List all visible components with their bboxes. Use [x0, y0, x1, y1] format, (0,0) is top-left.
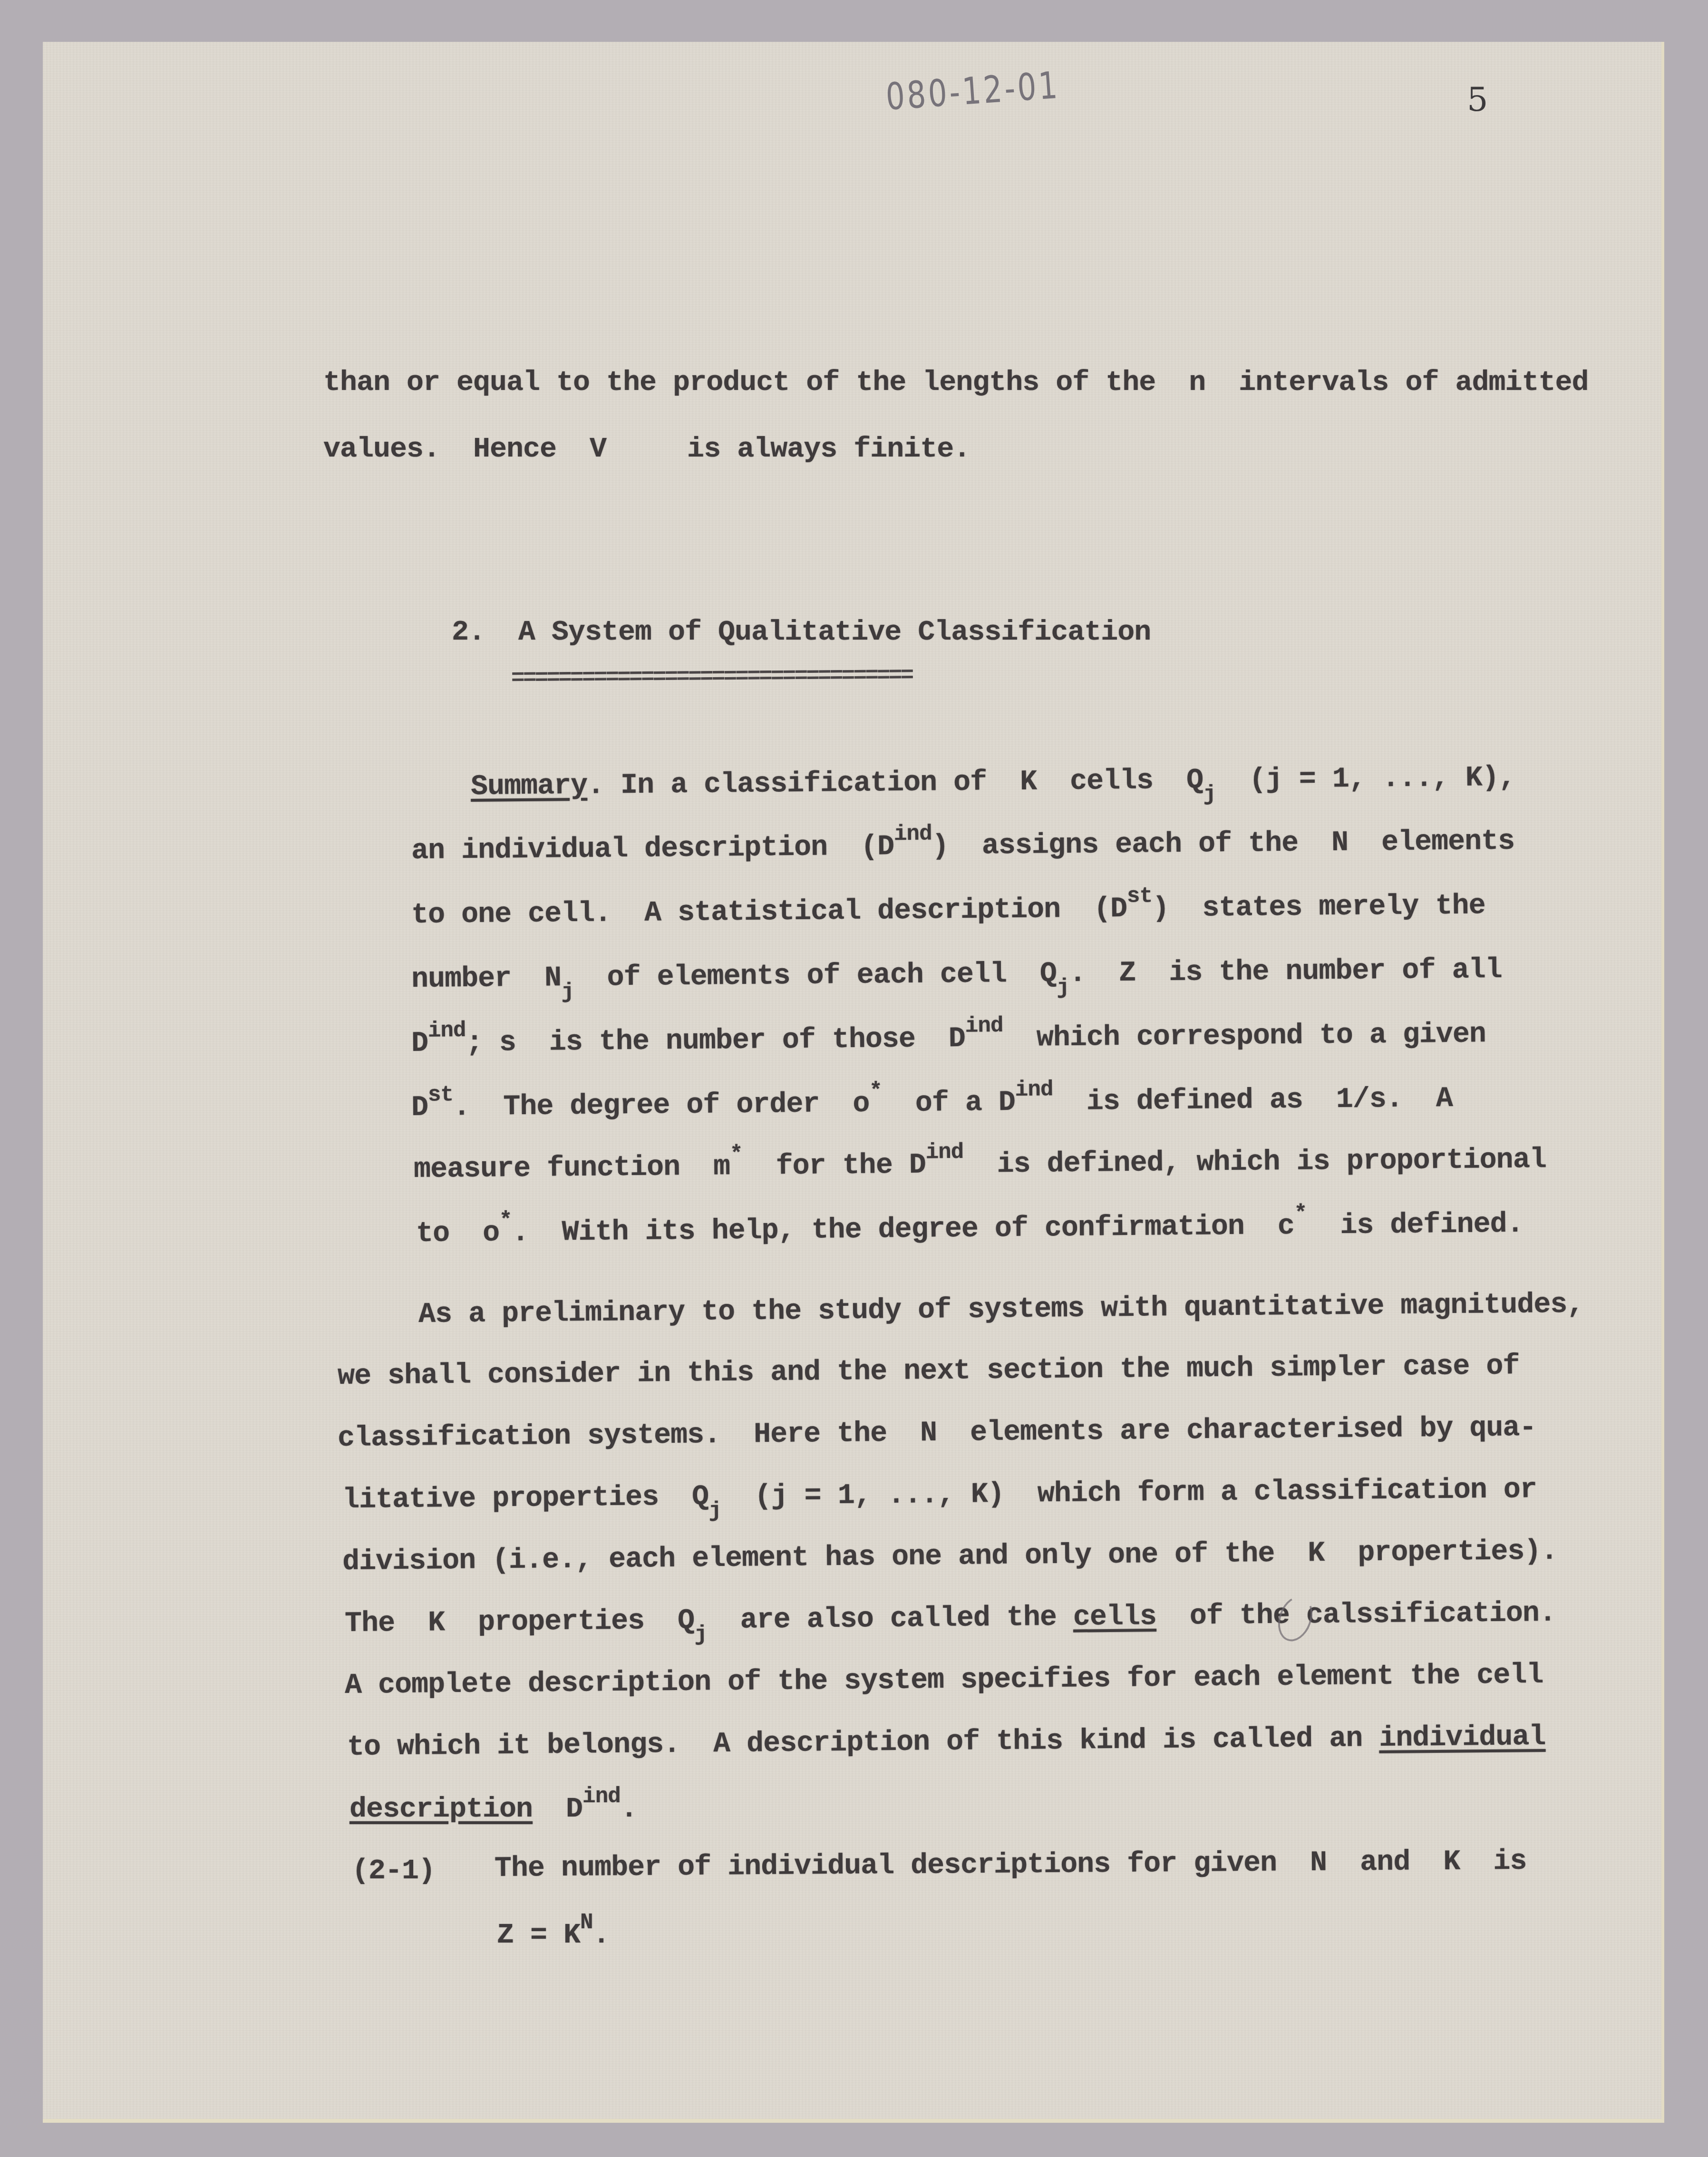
- text-run: D: [411, 1092, 428, 1124]
- text-run: is always finite.: [654, 433, 970, 466]
- section-heading-rule: ==================================: [511, 663, 912, 691]
- text-run: is defined as 1/s. A: [1053, 1083, 1453, 1118]
- section-heading: 2. A System of Qualitative Classificatio…: [452, 618, 1151, 647]
- page-number: 5: [1467, 80, 1491, 119]
- subscript: j: [708, 1498, 721, 1523]
- text-run: measure function m: [414, 1151, 730, 1186]
- text-run: . Z is the number of all: [1069, 954, 1502, 990]
- theorem-label: (2-1): [352, 1857, 435, 1885]
- term-description: description: [349, 1793, 533, 1826]
- text-run: . In a classification of K cells Q: [587, 765, 1203, 802]
- superscript: ind: [894, 821, 932, 846]
- text-run: to o: [416, 1217, 500, 1250]
- text-run: of the calssification.: [1156, 1597, 1556, 1633]
- continuation-line-2: values. Hence V is always finite.: [323, 435, 970, 464]
- term-individual: individual: [1379, 1721, 1546, 1755]
- superscript: N: [580, 1910, 593, 1935]
- text-run: is defined, which is proportional: [963, 1144, 1546, 1181]
- section-title: A System of Qualitative Classification: [518, 616, 1151, 649]
- term-cells: cells: [1073, 1601, 1157, 1634]
- superscript: *: [499, 1208, 512, 1233]
- text-run: litative properties Q: [342, 1481, 709, 1516]
- text-run: of a D: [882, 1087, 1016, 1120]
- paper-sheet: [43, 42, 1664, 2123]
- superscript: ind: [1015, 1077, 1053, 1102]
- text-run: ) states merely the: [1152, 890, 1485, 925]
- text-run: . With its help, the degree of confirmat…: [512, 1210, 1294, 1249]
- superscript: ind: [428, 1018, 466, 1043]
- text-run: ; s is the number of those D: [466, 1023, 966, 1059]
- text-run: are also called the: [707, 1602, 1073, 1637]
- text-run: D: [533, 1793, 582, 1826]
- superscript: ind: [582, 1784, 621, 1809]
- theorem-formula: Z = KN.: [497, 1921, 610, 1950]
- superscript: st: [1127, 884, 1153, 908]
- text-run: an individual description (D: [411, 831, 894, 867]
- subscript: j: [1057, 975, 1069, 1000]
- subscript: j: [1203, 782, 1216, 806]
- text-run: for the D: [742, 1149, 926, 1183]
- text-run: . The degree of order o: [453, 1088, 870, 1124]
- text-run: which correspond to a given: [1003, 1018, 1486, 1055]
- superscript: st: [428, 1082, 454, 1107]
- text-run: ) assigns each of the N elements: [932, 826, 1515, 863]
- body-line-9: description Dind.: [349, 1795, 637, 1824]
- text-run: .: [593, 1919, 610, 1952]
- text-run: number N: [411, 962, 562, 996]
- text-run: (j = 1, ..., K),: [1216, 762, 1516, 797]
- text-run: of elements of each cell Q: [573, 958, 1057, 994]
- text-run: values. Hence V: [323, 433, 606, 466]
- subscript: j: [694, 1622, 707, 1647]
- superscript: ind: [925, 1140, 963, 1165]
- summary-label: Summary: [471, 770, 588, 803]
- text-run: .: [621, 1793, 637, 1826]
- text-run: to one cell. A statistical description (…: [411, 893, 1127, 932]
- text-run: is defined.: [1307, 1208, 1524, 1243]
- text-run: The K properties Q: [345, 1605, 695, 1640]
- superscript: ind: [965, 1013, 1003, 1039]
- superscript: *: [1294, 1201, 1307, 1226]
- text-run: than or equal to the product of the leng…: [323, 367, 1588, 399]
- theorem-text: The number of individual descriptions fo…: [495, 1847, 1527, 1883]
- section-number: 2.: [452, 616, 485, 649]
- text-run: D: [411, 1028, 428, 1060]
- text-run: Z = K: [497, 1919, 580, 1952]
- subscript: j: [561, 980, 574, 1004]
- superscript: *: [730, 1142, 743, 1166]
- superscript: *: [869, 1078, 882, 1103]
- continuation-line-1: than or equal to the product of the leng…: [323, 369, 1588, 397]
